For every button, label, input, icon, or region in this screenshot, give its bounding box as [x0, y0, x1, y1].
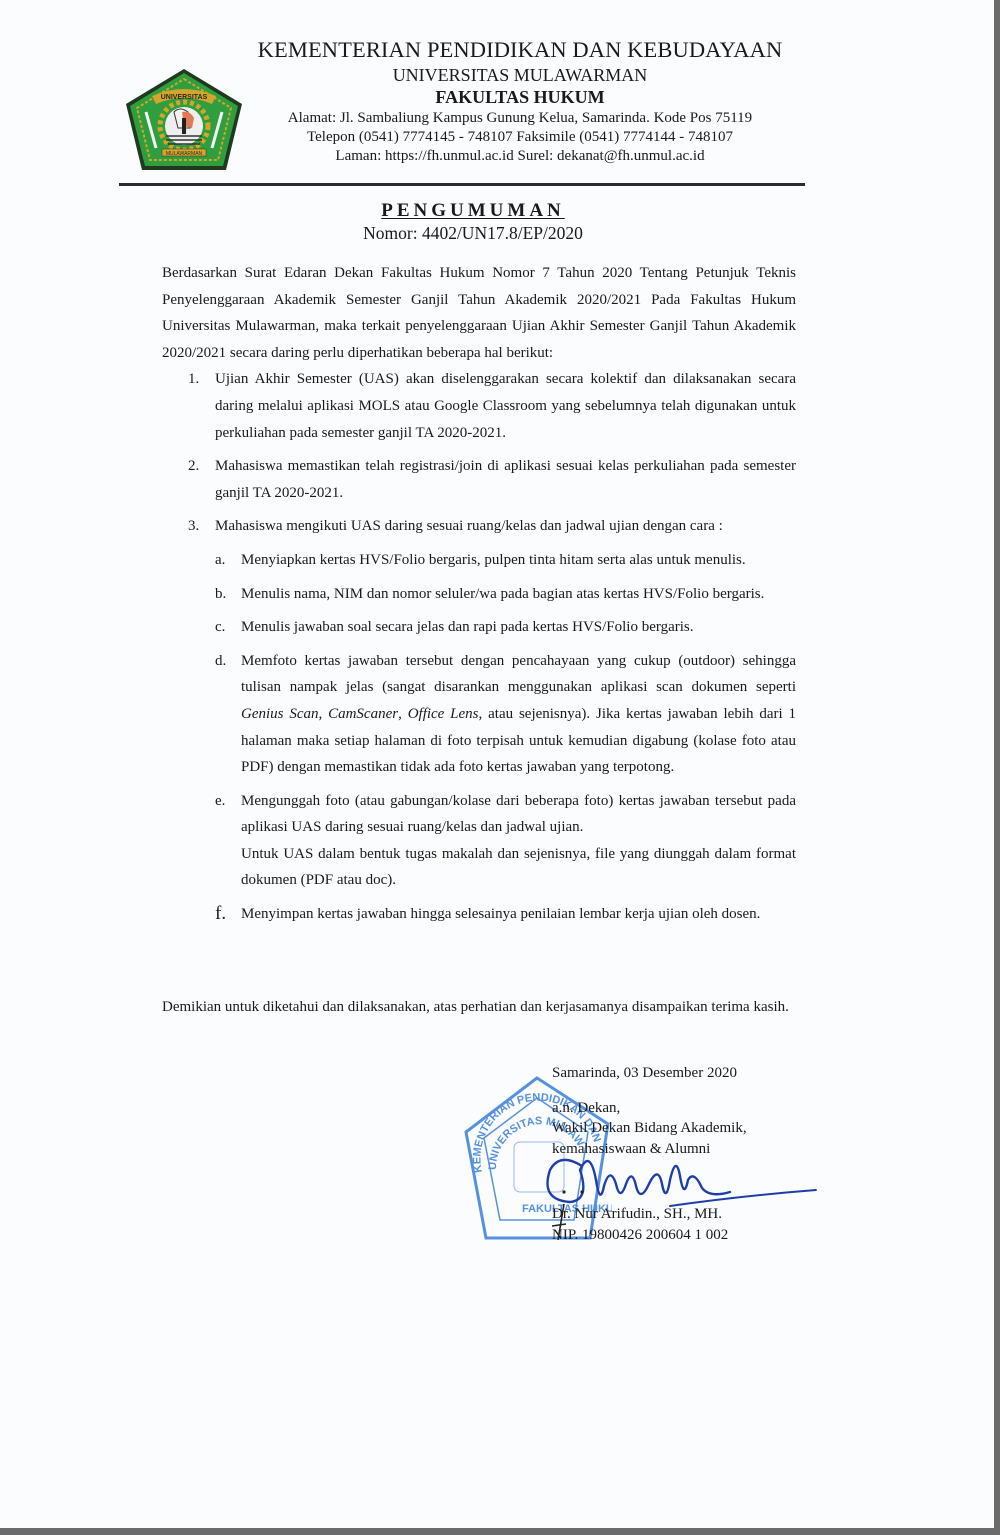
letterhead-divider	[119, 183, 805, 186]
sub-item-note: Untuk UAS dalam bentuk tugas makalah dan…	[241, 841, 796, 894]
sub-item-letter: e.	[215, 788, 225, 815]
closing-paragraph: Demikian untuk diketahui dan dilaksanaka…	[162, 994, 796, 1021]
svg-text:MULAWARMAN: MULAWARMAN	[166, 151, 203, 157]
sub-item-text: Menulis nama, NIM dan nomor seluler/wa p…	[241, 586, 764, 602]
sub-item-letter: d.	[215, 648, 226, 675]
intro-paragraph: Berdasarkan Surat Edaran Dekan Fakultas …	[162, 260, 796, 366]
phone-fax: Telepon (0541) 7774145 - 748107 Faksimil…	[250, 128, 790, 147]
list-item: 1. Ujian Akhir Semester (UAS) akan disel…	[162, 366, 796, 446]
address: Alamat: Jl. Sambaliung Kampus Gunung Kel…	[250, 109, 790, 128]
sub-item-letter: c.	[215, 614, 225, 641]
handwritten-signature-icon	[520, 1140, 820, 1250]
announcement-number: Nomor: 4402/UN17.8/EP/2020	[150, 223, 796, 243]
item-text: Mahasiswa mengikuti UAS daring sesuai ru…	[215, 518, 723, 534]
item-number: 3.	[188, 513, 199, 540]
letterhead: KEMENTERIAN PENDIDIKAN DAN KEBUDAYAAN UN…	[250, 38, 790, 166]
app-name: Office Lens	[408, 706, 479, 722]
announcement-body: Berdasarkan Surat Edaran Dekan Fakultas …	[162, 260, 796, 928]
list-item: 2. Mahasiswa memastikan telah registrasi…	[162, 453, 796, 506]
university-name: UNIVERSITAS MULAWARMAN	[250, 65, 790, 85]
web-email: Laman: https://fh.unmul.ac.id Surel: dek…	[250, 147, 790, 166]
place-date: Samarinda, 03 Desember 2020	[552, 1063, 812, 1084]
sub-item-letter: b.	[215, 581, 226, 608]
sub-list-item: c. Menulis jawaban soal secara jelas dan…	[215, 614, 796, 641]
item-number: 2.	[188, 453, 199, 480]
sub-item-letter: f.	[215, 901, 226, 928]
sub-list-item: d. Memfoto kertas jawaban tersebut denga…	[215, 648, 796, 781]
sub-instruction-list: a. Menyiapkan kertas HVS/Folio bergaris,…	[215, 547, 796, 928]
sub-item-text: Menulis jawaban soal secara jelas dan ra…	[241, 619, 694, 635]
signer-position: Wakil Dekan Bidang Akademik,	[552, 1118, 812, 1139]
announcement-title: PENGUMUMAN Nomor: 4402/UN17.8/EP/2020	[150, 200, 796, 243]
ministry-name: KEMENTERIAN PENDIDIKAN DAN KEBUDAYAAN	[250, 38, 790, 62]
sub-item-text: Menyimpan kertas jawaban hingga selesain…	[241, 906, 760, 922]
sub-item-text: Mengunggah foto (atau gabungan/kolase da…	[241, 793, 796, 836]
sub-item-text: Memfoto kertas jawaban tersebut dengan p…	[241, 653, 796, 696]
sub-item-text: Menyiapkan kertas HVS/Folio bergaris, pu…	[241, 552, 746, 568]
item-text: Ujian Akhir Semester (UAS) akan diseleng…	[215, 371, 796, 440]
announcement-heading: PENGUMUMAN	[150, 200, 796, 222]
instruction-list: 1. Ujian Akhir Semester (UAS) akan disel…	[162, 366, 796, 927]
sub-list-item: e. Mengunggah foto (atau gabungan/kolase…	[215, 788, 796, 894]
sub-item-letter: a.	[215, 547, 225, 574]
university-logo-icon: UNIVERSITAS MULAWARMAN	[122, 66, 246, 174]
document-page: UNIVERSITAS MULAWARMAN KEMENTERIAN PENDI…	[0, 0, 994, 1528]
list-item: 3. Mahasiswa mengikuti UAS daring sesuai…	[162, 513, 796, 927]
app-name: CamScaner	[328, 706, 398, 722]
on-behalf: a.n. Dekan,	[552, 1098, 812, 1119]
sub-list-item: a. Menyiapkan kertas HVS/Folio bergaris,…	[215, 547, 796, 574]
item-text: Mahasiswa memastikan telah registrasi/jo…	[215, 458, 796, 501]
sub-item-text: , atau sejenisnya). Jika kertas jawaban …	[241, 706, 796, 775]
sub-list-item: f. Menyimpan kertas jawaban hingga seles…	[215, 901, 796, 928]
faculty-name: FAKULTAS HUKUM	[250, 87, 790, 107]
sub-list-item: b. Menulis nama, NIM dan nomor seluler/w…	[215, 581, 796, 608]
app-name: Genius Scan	[241, 706, 319, 722]
item-number: 1.	[188, 366, 199, 393]
